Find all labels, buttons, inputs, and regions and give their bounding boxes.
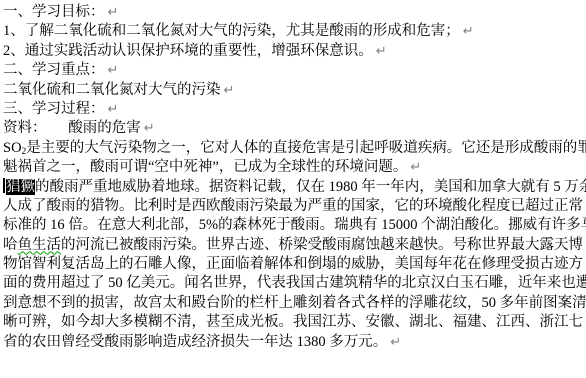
text-line: 1、了解二氧化硫和二氧化氮对大气的污染，尤其是酸雨的形成和危害；↵ [3, 22, 586, 41]
text-run: 人成了酸雨的猎物。比利时是西欧酸雨污染最为严重的国家，它的环境酸化程度已超过正常 [3, 198, 583, 214]
spellcheck-flagged-text: 鱼生活 [18, 237, 62, 253]
text-run: 1、了解二氧化硫和二氧化氮对大气的污染，尤其是酸雨的形成和危害； [3, 23, 460, 39]
text-run: 是主要的大气污染物之一，它对人体的直接危害是引起呼吸道疾病。它还是形成酸雨的罪 [26, 140, 586, 156]
text-run: 省的农田曾经受酸雨影响造成经济损失一年达 1380 多万元。 [3, 334, 387, 350]
text-line: 猖獗的酸雨严重地威胁着地球。据资料记载，仅在 1980 年一年内，美国和加拿大就… [3, 178, 586, 197]
text-run: 三、学习过程： [3, 101, 105, 117]
document-lines: 一、学习目标：↵1、了解二氧化硫和二氧化氮对大气的污染，尤其是酸雨的形成和危害；… [3, 3, 586, 352]
text-run: SO [3, 140, 22, 156]
paragraph-mark: ↵ [376, 44, 387, 59]
text-line: 二、学习重点：↵ [3, 61, 586, 80]
paragraph-mark: ↵ [390, 335, 401, 350]
text-line: 面的费用超过了 50 亿美元。闻名世界，代表我国古建筑精华的北京汉白玉石雕，近年… [3, 274, 586, 293]
text-run: 的河流已被酸雨污染。世界古迹、桥梁受酸雨腐蚀越来越快。号称世界最大露天博 [61, 237, 583, 253]
text-line: SO2是主要的大气污染物之一，它对人体的直接危害是引起呼吸道疾病。它还是形成酸雨… [3, 139, 586, 158]
text-run: 的酸雨严重地威胁着地球。据资料记载，仅在 1980 年一年内，美国和加拿大就有 … [35, 179, 586, 195]
text-run: 物馆智利复活岛上的石雕人像，正面临着解体和倒塌的威胁，美国每年花在修理受损古迹方 [3, 256, 583, 272]
text-line: 二氧化硫和二氧化氮对大气的污染↵ [3, 81, 586, 100]
text-run: 一、学习目标： [3, 4, 105, 20]
text-line: 三、学习过程：↵ [3, 100, 586, 119]
text-run: 哈 [3, 237, 18, 253]
selected-text: 猖獗 [6, 179, 35, 195]
text-run: 面的费用超过了 50 亿美元。闻名世界，代表我国古建筑精华的北京汉白玉石雕，近年… [3, 275, 586, 291]
text-line: 一、学习目标：↵ [3, 3, 586, 22]
text-line: 人成了酸雨的猎物。比利时是西欧酸雨污染最为严重的国家，它的环境酸化程度已超过正常 [3, 197, 586, 216]
text-line: 资料： 酸雨的危害↵ [3, 119, 586, 138]
paragraph-mark: ↵ [144, 121, 155, 136]
text-run: 晰可辨，如今却大多模糊不清，甚至成光板。我国江苏、安徽、湖北、福建、江西、浙江七 [3, 314, 583, 330]
text-run: 资料： 酸雨的危害 [3, 120, 141, 136]
paragraph-mark: ↵ [108, 63, 119, 78]
text-run: 2、通过实践活动认识保护环境的重要性，增强环保意识。 [3, 43, 373, 59]
text-run: 标准的 16 倍。在意大利北部，5%的森林死于酸雨。瑞典有 15000 个湖泊酸… [3, 217, 586, 233]
text-run: 魁祸首之一，酸雨可谓“空中死神”，已成为全球性的环境问题。 [3, 159, 407, 175]
text-line: 晰可辨，如今却大多模糊不清，甚至成光板。我国江苏、安徽、湖北、福建、江西、浙江七 [3, 313, 586, 332]
text-run: 二氧化硫和二氧化氮对大气的污染 [3, 82, 221, 98]
text-line: 物馆智利复活岛上的石雕人像，正面临着解体和倒塌的威胁，美国每年花在修理受损古迹方 [3, 255, 586, 274]
paragraph-mark: ↵ [108, 102, 119, 117]
text-line: 到意想不到的损害，故宫太和殿台阶的栏杆上雕刻着各式各样的浮雕花纹，50 多年前图… [3, 294, 586, 313]
paragraph-mark: ↵ [410, 160, 421, 175]
text-line: 标准的 16 倍。在意大利北部，5%的森林死于酸雨。瑞典有 15000 个湖泊酸… [3, 216, 586, 235]
text-line: 2、通过实践活动认识保护环境的重要性，增强环保意识。↵ [3, 42, 586, 61]
text-run: 二、学习重点： [3, 62, 105, 78]
text-line: 省的农田曾经受酸雨影响造成经济损失一年达 1380 多万元。↵ [3, 333, 586, 352]
paragraph-mark: ↵ [224, 83, 235, 98]
text-line: 魁祸首之一，酸雨可谓“空中死神”，已成为全球性的环境问题。↵ [3, 158, 586, 177]
paragraph-mark: ↵ [108, 5, 119, 20]
paragraph-mark: ↵ [463, 24, 474, 39]
text-cursor [3, 178, 5, 193]
document-page[interactable]: 一、学习目标：↵1、了解二氧化硫和二氧化氮对大气的污染，尤其是酸雨的形成和危害；… [0, 0, 586, 378]
text-run: 到意想不到的损害，故宫太和殿台阶的栏杆上雕刻着各式各样的浮雕花纹，50 多年前图… [3, 295, 586, 311]
text-line: 哈鱼生活的河流已被酸雨污染。世界古迹、桥梁受酸雨腐蚀越来越快。号称世界最大露天博 [3, 236, 586, 255]
